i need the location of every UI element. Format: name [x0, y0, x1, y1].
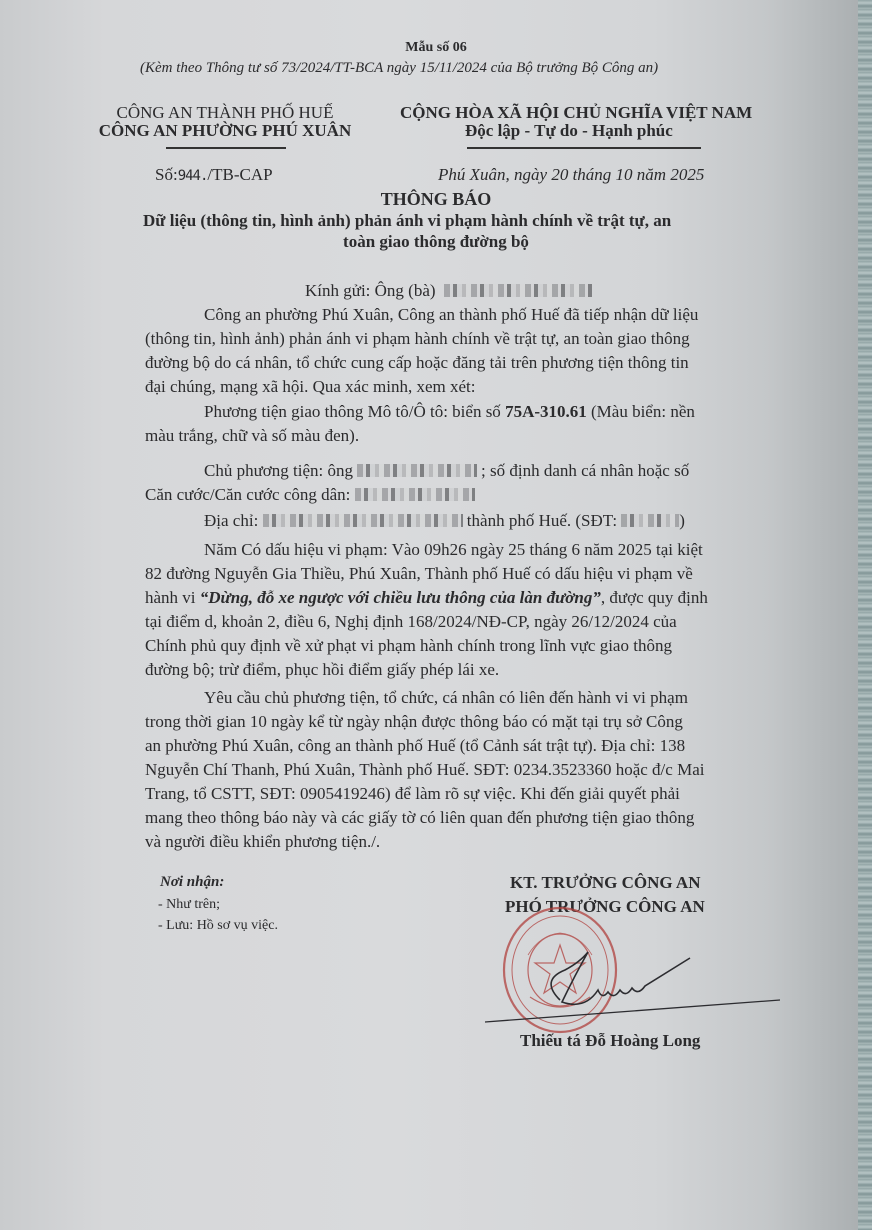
vehicle-line-1: Phương tiện giao thông Mô tô/Ô tô: biển … — [204, 402, 695, 422]
request-line-6: mang theo thông báo này và các giấy tờ c… — [145, 808, 694, 828]
violation-behavior: “Dừng, đỗ xe ngược với chiều lưu thông c… — [200, 588, 601, 607]
recipient-item: - Lưu: Hồ sơ vụ việc. — [158, 918, 278, 934]
org-parent: CÔNG AN THÀNH PHỐ HUẾ — [111, 103, 339, 123]
doc-number-handwritten: 944. — [178, 168, 208, 184]
redacted-id-number — [355, 488, 475, 501]
form-number: Mẫu số 06 — [0, 40, 872, 56]
request-line-1: Yêu cầu chủ phương tiện, tổ chức, cá nhâ… — [204, 688, 688, 708]
plate-color-label: (Màu biển: nền — [587, 402, 695, 421]
owner-label: Chủ phương tiện: ông — [204, 461, 353, 480]
doc-number-suffix: /TB-CAP — [207, 165, 272, 184]
vehicle-line-2: màu trắng, chữ và số màu đen). — [145, 426, 359, 446]
intro-line-4: đại chúng, mạng xã hội. Qua xác minh, xe… — [145, 377, 475, 397]
redacted-address — [263, 514, 463, 527]
address-city: thành phố Huế. (SĐT: — [467, 511, 617, 530]
id-label: Căn cước/Căn cước công dân: — [145, 485, 350, 504]
document-page: Mẫu số 06 (Kèm theo Thông tư số 73/2024/… — [0, 0, 858, 1230]
owner-id-label: ; số định danh cá nhân hoặc số — [481, 461, 689, 480]
violation-line-2: 82 đường Nguyễn Gia Thiều, Phú Xuân, Thà… — [145, 564, 693, 584]
address-close: ) — [679, 511, 685, 530]
recipient-label: Kính gửi: Ông (bà) — [305, 281, 436, 300]
national-motto: Độc lập - Tự do - Hạnh phúc — [465, 121, 673, 141]
violation-line-4: tại điểm d, khoản 2, điều 6, Nghị định 1… — [145, 612, 677, 632]
vehicle-label: Phương tiện giao thông Mô tô/Ô tô: biển … — [204, 402, 505, 421]
redacted-owner-name — [357, 464, 477, 477]
motto-underline — [467, 147, 701, 149]
violation-suffix: , được quy định — [601, 588, 708, 607]
doc-number-prefix: Số: — [155, 165, 178, 184]
request-line-5: Trang, tổ CSTT, SĐT: 0905419246) để làm … — [145, 784, 680, 804]
document-subtitle-line1: Dữ liệu (thông tin, hình ảnh) phản ánh v… — [143, 211, 671, 231]
violation-prefix: hành vi — [145, 588, 200, 607]
page-edge — [858, 0, 872, 1230]
request-line-4: Nguyễn Chí Thanh, Phú Xuân, Thành phố Hu… — [145, 760, 704, 780]
signatory-title-1: KT. TRƯỞNG CÔNG AN — [510, 873, 700, 893]
address-line: Địa chỉ: thành phố Huế. (SĐT: ) — [204, 511, 685, 531]
request-line-2: trong thời gian 10 ngày kể từ ngày nhận … — [145, 712, 683, 732]
request-line-3: an phường Phú Xuân, công an thành phố Hu… — [145, 736, 685, 756]
intro-line-1: Công an phường Phú Xuân, Công an thành p… — [204, 305, 698, 325]
org-underline — [166, 147, 286, 149]
recipient-line: Kính gửi: Ông (bà) — [305, 281, 592, 301]
national-title: CỘNG HÒA XÃ HỘI CHỦ NGHĨA VIỆT NAM — [400, 103, 752, 123]
request-line-7: và người điều khiển phương tiện./. — [145, 832, 380, 852]
redacted-phone — [621, 514, 679, 527]
redacted-recipient-name — [444, 284, 592, 297]
violation-line-3: hành vi “Dừng, đỗ xe ngược với chiều lưu… — [145, 588, 708, 608]
violation-line-5: Chính phủ quy định về xử phạt vi phạm hà… — [145, 636, 672, 656]
signer-name: Thiếu tá Đỗ Hoàng Long — [520, 1031, 700, 1051]
document-number: Số:944./TB-CAP — [155, 165, 273, 185]
id-line: Căn cước/Căn cước công dân: — [145, 485, 475, 505]
violation-line-1: Năm Có dấu hiệu vi phạm: Vào 09h26 ngày … — [204, 540, 703, 560]
license-plate: 75A-310.61 — [505, 402, 587, 421]
org-unit: CÔNG AN PHƯỜNG PHÚ XUÂN — [89, 121, 361, 141]
violation-line-6: đường bộ; trừ điểm, phục hồi điểm giấy p… — [145, 660, 499, 680]
owner-line: Chủ phương tiện: ông; số định danh cá nh… — [204, 461, 689, 481]
recipients-label: Nơi nhận: — [160, 874, 224, 891]
place-date: Phú Xuân, ngày 20 tháng 10 năm 2025 — [438, 165, 704, 185]
document-subtitle-line2: toàn giao thông đường bộ — [0, 232, 872, 252]
signature-icon — [480, 940, 780, 1030]
address-label: Địa chỉ: — [204, 511, 258, 530]
intro-line-2: (thông tin, hình ảnh) phản ánh vi phạm h… — [145, 329, 690, 349]
form-attachment-note: (Kèm theo Thông tư số 73/2024/TT-BCA ngà… — [140, 60, 658, 77]
document-title: THÔNG BÁO — [0, 189, 872, 210]
recipient-item: - Như trên; — [158, 897, 220, 913]
intro-line-3: đường bộ do cá nhân, tổ chức cung cấp ho… — [145, 353, 689, 373]
